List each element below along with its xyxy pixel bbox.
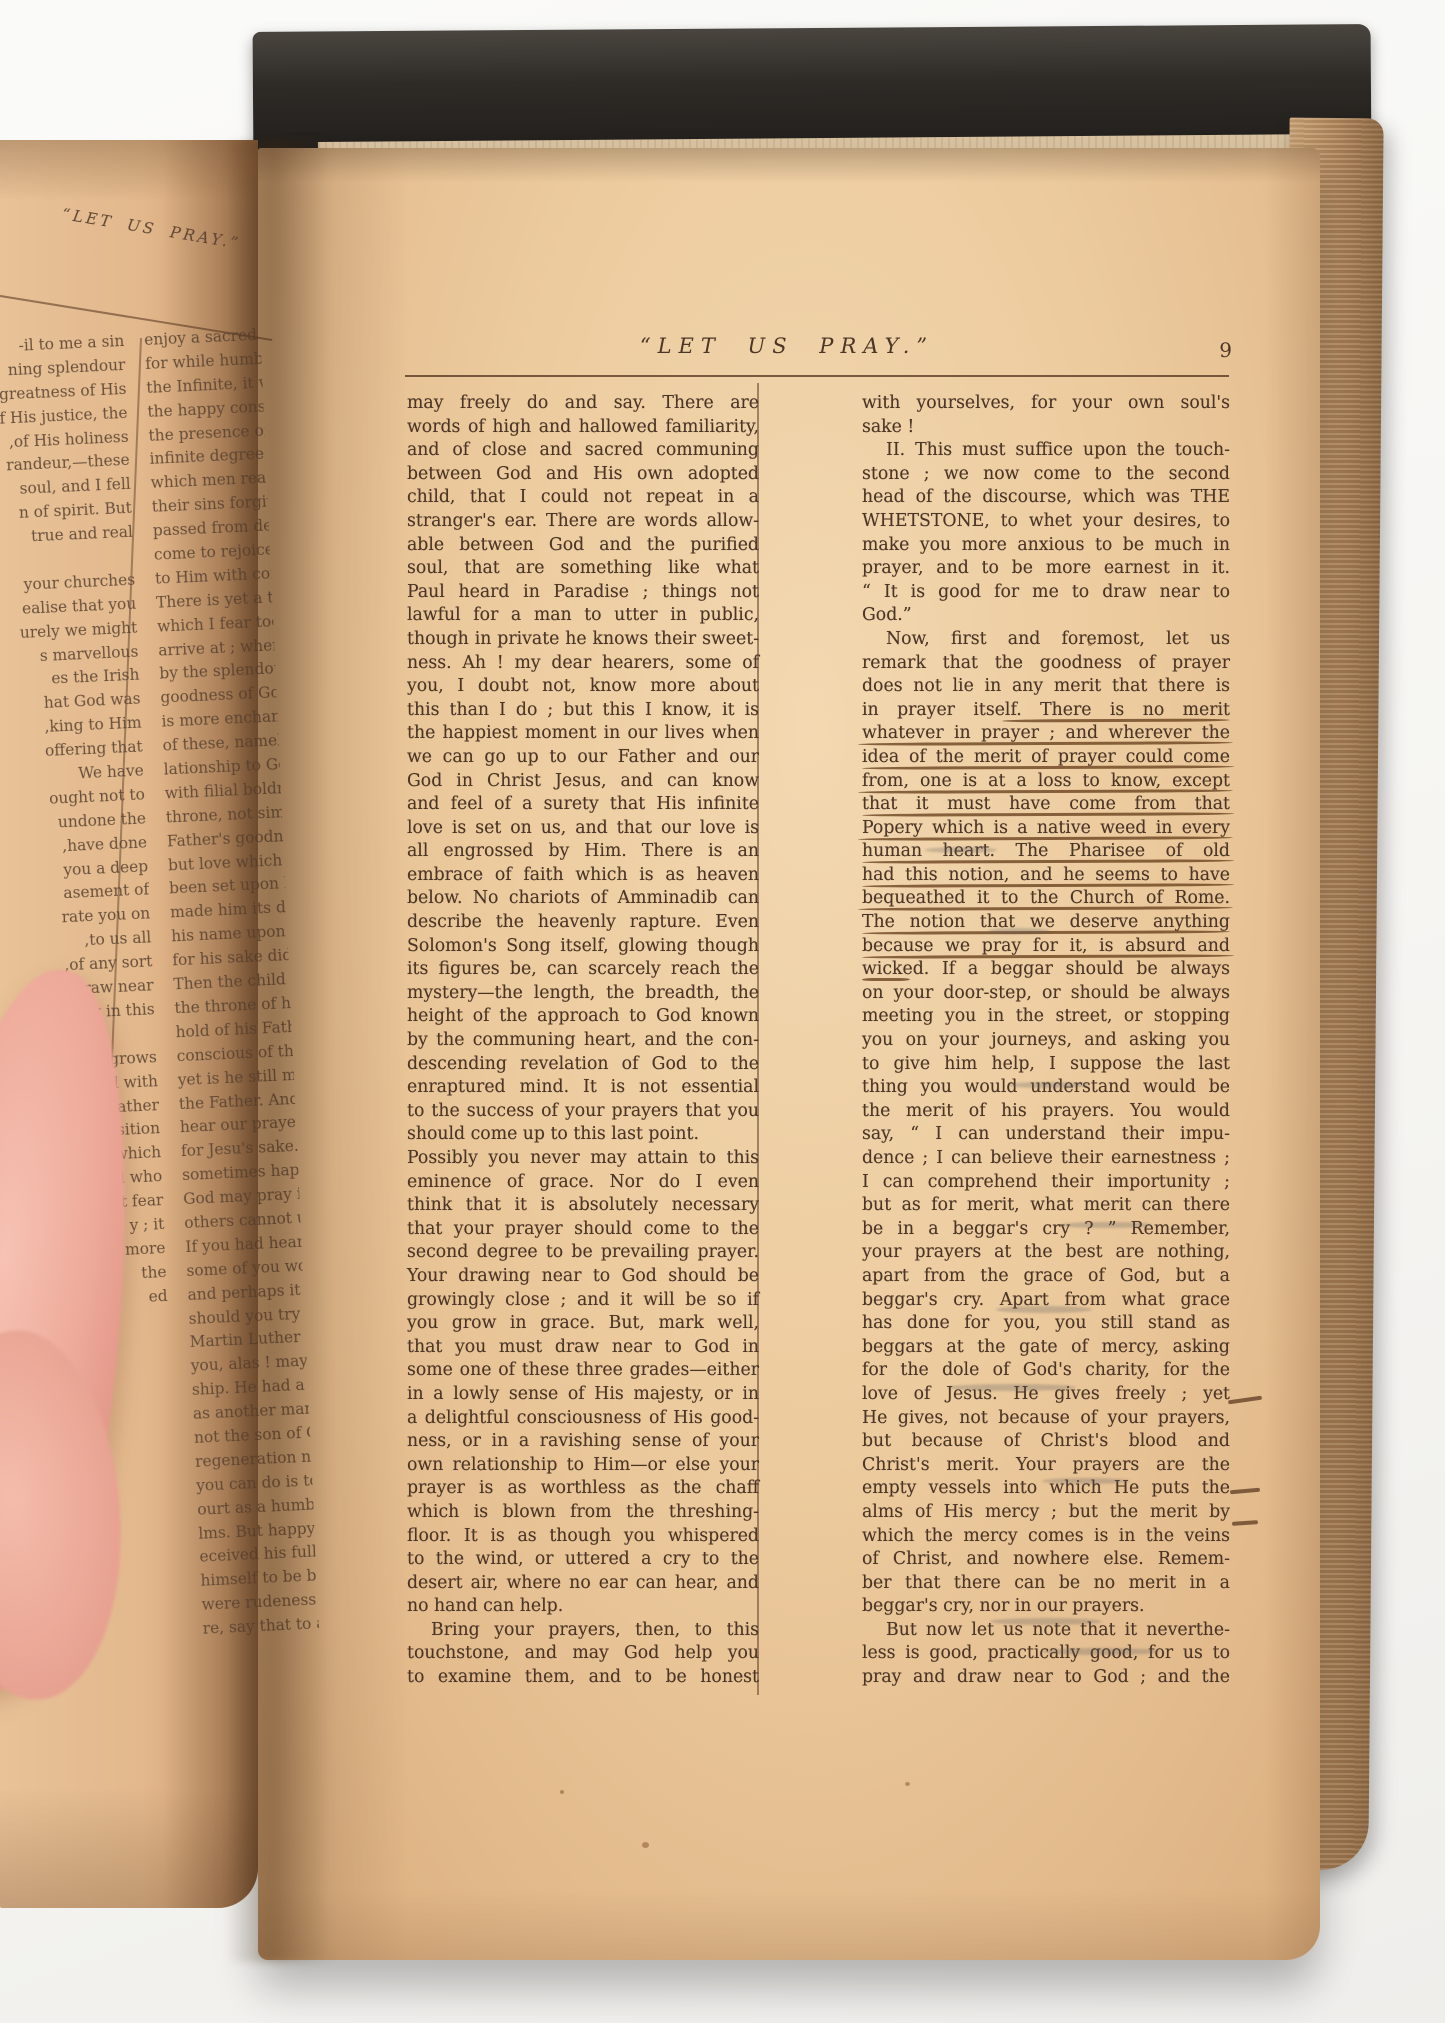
text-line: alms of His mercy ; but the merit by	[862, 1501, 1230, 1525]
text-line: but as for merit, what merit can there	[862, 1194, 1230, 1218]
text-line: wicked. If a beggar should be always	[862, 958, 1230, 982]
text-line: growingly close ; and it will be so if	[407, 1289, 759, 1313]
text-line: remark that the goodness of prayer	[862, 652, 1230, 676]
text-line: should come up to this last point.	[407, 1123, 759, 1147]
text-line: Popery which is a native weed in every	[862, 817, 1230, 841]
text-line: between God and His own adopted	[407, 463, 759, 487]
text-line: beggars at the gate of mercy, asking	[862, 1336, 1230, 1360]
text-line: in a lowly sense of His majesty, or in	[407, 1383, 759, 1407]
text-line: ness. Ah ! my dear hearers, some of	[407, 652, 759, 676]
text-line: prayer, and to be more earnest in it.	[862, 557, 1230, 581]
text-line: the merit of his prayers. You would	[862, 1100, 1230, 1124]
text-line: height of the approach to God known	[407, 1005, 759, 1029]
text-line: descending revelation of God to the	[407, 1053, 759, 1077]
text-line: of Christ, and nowhere else. Remem-	[862, 1548, 1230, 1572]
header-rule	[405, 375, 1229, 377]
text-line: I can comprehend their importunity ;	[862, 1171, 1230, 1195]
text-line: God.”	[862, 604, 1230, 628]
text-line: WHETSTONE, to whet your desires, to	[862, 510, 1230, 534]
text-line: words of high and hallowed familiarity,	[407, 416, 759, 440]
text-line: its figures be, can scarcely reach the	[407, 958, 759, 982]
text-line: II. This must suffice upon the touch-	[862, 439, 1230, 463]
text-line: and feel of a surety that His infinite	[407, 793, 759, 817]
gutter-shadow	[226, 140, 332, 1962]
text-line: this than I do ; but this I know, it is	[407, 699, 759, 723]
text-line: eminence of grace. Nor do I even	[407, 1171, 759, 1195]
text-line: child, that I could not repeat in a	[407, 486, 759, 510]
text-line: no hand can help.	[407, 1595, 759, 1619]
text-line: second degree to be prevailing prayer.	[407, 1241, 759, 1265]
text-line: But now let us note that it neverthe-	[862, 1619, 1230, 1643]
text-line: love is set on us, and that our love is	[407, 817, 759, 841]
text-line: we can go up to our Father and our	[407, 746, 759, 770]
ink-underline	[1002, 718, 1230, 722]
text-line: to give him help, I suppose the last	[862, 1053, 1230, 1077]
text-line: which the mercy comes is in the veins	[862, 1525, 1230, 1549]
text-line: that your prayer should come to the	[407, 1218, 759, 1242]
text-line: enraptured mind. It is not essential	[407, 1076, 759, 1100]
text-line: with yourselves, for your own soul's	[862, 392, 1230, 416]
text-line: may freely do and say. There are	[407, 392, 759, 416]
text-line: on your door-step, or should be always	[862, 982, 1230, 1006]
text-line: Paul heard in Paradise ; things not	[407, 581, 759, 605]
text-line: Your drawing near to God should be	[407, 1265, 759, 1289]
text-line: able between God and the purified	[407, 534, 759, 558]
text-line: that it must have come from that	[862, 793, 1230, 817]
text-line: Now, first and foremost, let us	[862, 628, 1230, 652]
text-line: some one of these three grades—either	[407, 1359, 759, 1383]
text-line: idea of the merit of prayer could come	[862, 746, 1230, 770]
text-line: own relationship to Him—or else your	[407, 1454, 759, 1478]
text-line: to the success of your prayers that you	[407, 1100, 759, 1124]
text-line: dence ; I can believe their earnestness …	[862, 1147, 1230, 1171]
text-line: “ It is good for me to draw near to	[862, 581, 1230, 605]
text-line: ber that there can be no merit in a	[862, 1572, 1230, 1596]
book-photograph: “LET US PRAY.” il to me a sin-ning splen…	[0, 0, 1445, 2023]
text-line: be in a beggar's cry ? ” Remember,	[862, 1218, 1230, 1242]
text-line: less is good, practically good, for us t…	[862, 1642, 1230, 1666]
text-line: The notion that we deserve anything	[862, 911, 1230, 935]
text-line: sake !	[862, 416, 1230, 440]
text-line: pray and draw near to God ; and the	[862, 1666, 1230, 1690]
text-line: beggar's cry, nor in our prayers.	[862, 1595, 1230, 1619]
text-line: human heart. The Pharisee of old	[862, 840, 1230, 864]
text-line: you, I doubt not, know more about	[407, 675, 759, 699]
text-line: describe the heavenly rapture. Even	[407, 911, 759, 935]
text-column-left: may freely do and say. There arewords of…	[407, 392, 759, 1690]
text-line: empty vessels into which He puts the	[862, 1477, 1230, 1501]
text-line: in prayer itself. There is no merit	[862, 699, 1230, 723]
text-line: but because of Christ's blood and	[862, 1430, 1230, 1454]
text-line: your prayers at the best are nothing,	[862, 1241, 1230, 1265]
text-line: whatever in prayer ; and wherever the	[862, 722, 1230, 746]
text-line: that you must draw near to God in	[407, 1336, 759, 1360]
text-line: below. No chariots of Amminadib can	[407, 887, 759, 911]
text-line: desert air, where no ear can hear, and	[407, 1572, 759, 1596]
text-line: prayer is as worthless as the chaff	[407, 1477, 759, 1501]
text-line: God in Christ Jesus, and can know	[407, 770, 759, 794]
text-line: Christ's merit. Your prayers are the	[862, 1454, 1230, 1478]
text-line: love of Jesus. He gives freely ; yet	[862, 1383, 1230, 1407]
text-line: by the communing heart, and the con-	[407, 1029, 759, 1053]
text-line: lawful for a man to utter in public,	[407, 604, 759, 628]
text-line: had this notion, and he seems to have	[862, 864, 1230, 888]
text-line: bequeathed it to the Church of Rome.	[862, 887, 1230, 911]
text-line: soul, that are something like what	[407, 557, 759, 581]
text-line: you grow in grace. But, mark well,	[407, 1312, 759, 1336]
text-line: Solomon's Song itself, glowing though	[407, 935, 759, 959]
text-line: think that it is absolutely necessary	[407, 1194, 759, 1218]
text-line: though in private he knows their sweet-	[407, 628, 759, 652]
text-line: head of the discourse, which was THE	[862, 486, 1230, 510]
text-line: for the dole of God's charity, for the	[862, 1359, 1230, 1383]
text-line: you on your journeys, and asking you	[862, 1029, 1230, 1053]
text-line: floor. It is as though you whispered	[407, 1525, 759, 1549]
text-line: say, “ I can understand their impu-	[862, 1123, 1230, 1147]
text-column-right: with yourselves, for your own soul'ssake…	[862, 392, 1230, 1690]
text-line: from, one is at a loss to know, except	[862, 770, 1230, 794]
page-number: 9	[1188, 338, 1232, 362]
text-line: make you more anxious to be much in	[862, 534, 1230, 558]
text-line: Bring your prayers, then, to this	[407, 1619, 759, 1643]
text-line: thing you would understand would be	[862, 1076, 1230, 1100]
text-line: to the wind, or uttered a cry to the	[407, 1548, 759, 1572]
text-line: apart from the grace of God, but a	[862, 1265, 1230, 1289]
text-line: does not lie in any merit that there is	[862, 675, 1230, 699]
text-line: all engrossed by Him. There is an	[407, 840, 759, 864]
text-line: touchstone, and may God help you	[407, 1642, 759, 1666]
text-line: ness, or in a ravishing sense of your	[407, 1430, 759, 1454]
text-line: because we pray for it, is absurd and	[862, 935, 1230, 959]
text-line: beggar's cry. Apart from what grace	[862, 1289, 1230, 1313]
text-line: to examine them, and to be honest	[407, 1666, 759, 1690]
text-line: a delightful consciousness of His good-	[407, 1407, 759, 1431]
text-line: meeting you in the street, or stopping	[862, 1005, 1230, 1029]
text-line: the happiest moment in our lives when	[407, 722, 759, 746]
text-line: embrace of faith which is as heaven	[407, 864, 759, 888]
text-line: mystery—the length, the breadth, the	[407, 982, 759, 1006]
text-line: Possibly you never may attain to this	[407, 1147, 759, 1171]
text-line: He gives, not because of your prayers,	[862, 1407, 1230, 1431]
text-line: which is blown from the threshing-	[407, 1501, 759, 1525]
running-head: “LET US PRAY.”	[552, 334, 1022, 358]
text-line: and of close and sacred communing	[407, 439, 759, 463]
text-line: stranger's ear. There are words allow-	[407, 510, 759, 534]
text-line: stone ; we now come to the second	[862, 463, 1230, 487]
text-line: has done for you, you still stand as	[862, 1312, 1230, 1336]
ink-underline	[862, 978, 910, 981]
